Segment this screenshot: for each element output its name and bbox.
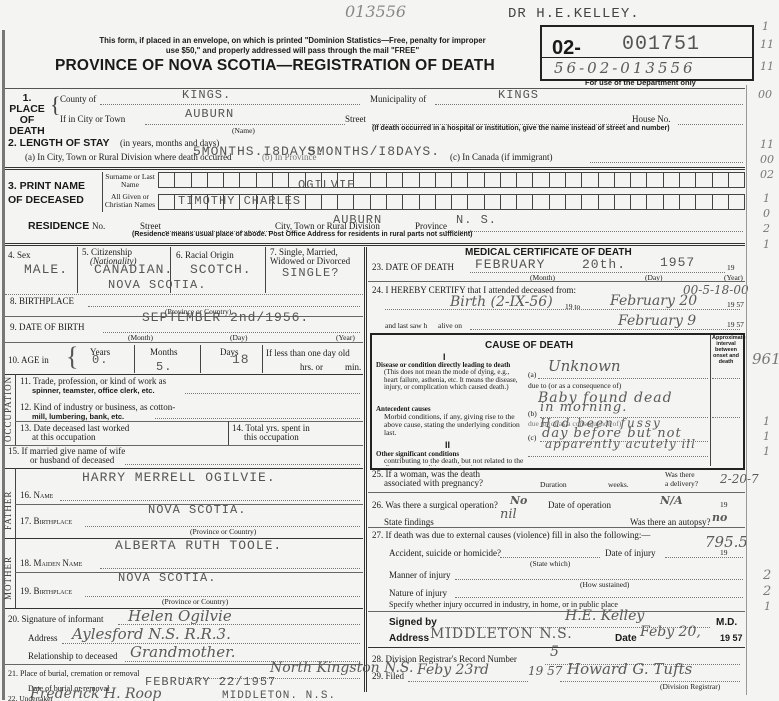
father-birthplace-value: NOVA SCOTIA. <box>148 503 246 517</box>
margin-code: 1 <box>763 192 770 205</box>
length-of-stay-label: 2. LENGTH OF STAY <box>8 137 110 149</box>
house-no-label: House No. <box>632 114 671 124</box>
q14-label: 14. Total yrs. spent in this occupation <box>232 424 310 442</box>
residence-city-value: AUBURN <box>333 213 382 227</box>
municipality-label: Municipality of <box>370 94 426 104</box>
q26-label: 26. Was there a surgical operation? <box>372 500 498 510</box>
margin-code: 1 <box>763 445 770 458</box>
roman-two: II <box>445 440 450 450</box>
informant-relationship-value: Grandmother. <box>130 643 235 661</box>
signed-date-value: Feby 20, <box>640 624 701 640</box>
residence-no-label: No. <box>92 221 105 231</box>
date-of-death-label: 23. DATE OF DEATH <box>372 262 454 272</box>
date-of-death-year: 1957 <box>660 255 695 270</box>
father-birthplace-sub: (Province or Country) <box>190 527 256 536</box>
residence-province-label: Province <box>415 221 447 231</box>
surname-label: Surname or Last Name <box>104 173 156 189</box>
print-name-label: 3. PRINT NAME OF DECEASED <box>8 179 85 207</box>
attended-year: 19 57 <box>727 300 744 309</box>
registrar-record-value: 5 <box>550 644 559 660</box>
place-of-death-label: 1. PLACE OF DEATH <box>8 93 46 137</box>
doctor-stamp: DR H.E.KELLEY. <box>508 6 640 22</box>
stay-province-value: 5MONTHS/I8DAYS. <box>308 144 440 159</box>
autopsy-label: Was there an autopsy? <box>630 517 711 527</box>
hospital-note: (If death occurred in a hospital or inst… <box>372 125 670 132</box>
age-days-value: 18 <box>232 352 250 367</box>
margin-code: 00 <box>760 153 774 166</box>
margin-code: 02 <box>760 168 774 181</box>
mother-side-label: MOTHER <box>3 545 13 600</box>
q26-value: No <box>510 494 527 507</box>
father-birthplace-label: 17. Birthplace <box>20 516 72 526</box>
mother-maiden-name-label: 18. Maiden Name <box>20 558 82 568</box>
citizenship-value: CANADIAN. <box>94 262 173 277</box>
q12-label: 12. Kind of industry or business, as cot… <box>20 403 175 421</box>
age-less-day-label: If less than one day old <box>266 348 350 358</box>
attended-to-value: February 20 <box>610 293 697 309</box>
autopsy-value: no <box>712 511 727 524</box>
stay-canada-label: (c) In Canada (if immigrant) <box>450 152 552 162</box>
last-saw-value: February 9 <box>618 313 696 329</box>
age-months-label: Months <box>150 347 178 357</box>
birthplace-value: NOVA SCOTIA. <box>108 278 206 292</box>
date-of-birth-label: 9. DATE OF BIRTH <box>10 322 84 332</box>
city-value: AUBURN <box>185 107 234 121</box>
operation-date-label: Date of operation <box>548 500 611 510</box>
md-label: M.D. <box>716 617 737 628</box>
handwritten-record-number: 56-02-013556 <box>554 59 696 77</box>
margin-code: 961 <box>752 350 779 368</box>
q27-label: 27. If death was due to external causes … <box>372 530 650 540</box>
cause-b-label: (b) <box>528 409 537 418</box>
margin-code: 1 <box>762 20 769 33</box>
date-of-death-19: 19 <box>727 263 735 272</box>
filed-label: 29. Filed <box>372 671 404 681</box>
injury-date-19: 19 <box>720 548 728 557</box>
residence-street-label: Street <box>140 221 161 231</box>
margin-code: 11 <box>760 138 774 151</box>
surname-value: OGILVIE <box>298 178 355 192</box>
cause-a-value: Unknown <box>548 357 621 375</box>
due-to-1-label: due to (or as a consequence of) <box>528 381 621 390</box>
birthplace-label: 8. BIRTHPLACE <box>10 296 74 306</box>
attended-to-label: 19 to <box>565 302 580 311</box>
manner-label: Manner of injury <box>389 570 450 580</box>
mail-notice-line1: This form, if placed in an envelope, on … <box>70 36 515 46</box>
department-caption: For use of the Department only <box>585 78 696 87</box>
informant-address-label: Address <box>28 633 58 643</box>
age-label: 10. AGE in <box>8 355 49 365</box>
cause-a-label: (a) <box>528 370 536 379</box>
q25-delivery-label: Was there a delivery? <box>665 470 698 488</box>
q15-label: 15. If married give name of wife or husb… <box>8 447 125 465</box>
department-box: 02- 001751 56-02-013556 <box>540 25 754 81</box>
signed-date-label: Date <box>615 633 637 644</box>
date-of-death-day: 20th. <box>582 257 626 272</box>
attended-from-value: Birth (2-IX-56) <box>450 294 553 310</box>
last-saw-label: and last saw h <box>385 321 427 330</box>
signer-address-value: MIDDLETON N.S. <box>430 626 573 642</box>
injury-date-label: Date of injury <box>605 548 655 558</box>
nature-label: Nature of injury <box>389 588 447 598</box>
given-names-value: TIMOTHY CHARLES <box>178 194 301 208</box>
father-side-label: FATHER <box>3 475 13 530</box>
q25-duration-label: Duration <box>540 480 567 489</box>
q25-margin-code: 2-20-7 <box>720 472 759 486</box>
column-divider <box>364 247 367 692</box>
findings-value: nil <box>500 507 517 522</box>
informant-relationship-label: Relationship to deceased <box>28 651 117 661</box>
sex-value: MALE. <box>24 262 68 277</box>
father-name-value: HARRY MERRELL OGILVIE. <box>82 470 276 485</box>
mother-birthplace-label: 19. Birthplace <box>20 586 72 596</box>
father-name-label: 16. Name <box>20 490 53 500</box>
marital-status-label: 7. Single, Married, Widowed or Divorced <box>270 248 362 266</box>
signed-date-year: 19 57 <box>720 633 743 643</box>
signer-address-label: Address <box>389 633 429 644</box>
city-label: If in City or Town <box>60 114 125 124</box>
interval-header: Approximate interval between onset and d… <box>712 335 740 365</box>
county-value: KINGS. <box>182 88 231 102</box>
margin-code: 2 <box>763 222 770 235</box>
margin-code: 2 <box>763 584 771 599</box>
mother-birthplace-sub: (Province or Country) <box>162 597 228 606</box>
margin-code: 2 <box>763 568 771 583</box>
age-months-value: 5. <box>156 360 172 374</box>
mother-maiden-name-value: ALBERTA RUTH TOOLE. <box>115 538 282 553</box>
manner-sub: (How sustained) <box>580 580 629 589</box>
cause-b-value: in morning. <box>540 400 627 415</box>
accident-label: Accident, suicide or homicide? <box>389 548 501 558</box>
dob-year-sub: (Year) <box>336 333 355 342</box>
top-handwritten-number: 013556 <box>345 2 406 21</box>
other-conditions-note: contributing to the death, but not relat… <box>384 457 524 466</box>
registration-number: 001751 <box>622 33 700 56</box>
county-label: County of <box>60 94 96 104</box>
date-of-birth-value: SEPTEMBER 2nd/1956. <box>142 310 309 325</box>
margin-code: 00 <box>758 88 772 101</box>
surname-input[interactable] <box>158 172 745 188</box>
antecedent-note: Morbid conditions, if any, giving rise t… <box>384 413 524 437</box>
q13-label: 13. Date deceased last worked at this oc… <box>20 424 129 442</box>
margin-code: 0 <box>763 207 770 220</box>
dob-day-sub: (Day) <box>230 333 248 342</box>
filed-year: 19 57 <box>528 664 562 678</box>
sex-label: 4. Sex <box>8 250 31 260</box>
residence-note: (Residence means usual place of abode. P… <box>132 231 473 238</box>
undertaker-address: MIDDLETON. N.S. <box>222 690 336 701</box>
mail-notice-line2: use $50," and properly addressed will pa… <box>70 46 515 56</box>
burial-place-label: 21. Place of burial, cremation or remova… <box>8 669 140 678</box>
informant-signature-label: 20. Signature of informant <box>8 614 103 624</box>
cause-c-value-2: apparently acutely ill <box>545 437 696 451</box>
q11-label: 11. Trade, profession, or kind of work a… <box>20 377 166 395</box>
margin-code: 1 <box>764 600 771 613</box>
municipality-value: KINGS <box>498 88 539 102</box>
cause-c-label: (c) <box>528 433 536 442</box>
operation-date-19: 19 <box>720 500 728 509</box>
margin-code: 1 <box>763 430 770 443</box>
division-registrar-sub: (Division Registrar) <box>660 682 720 691</box>
age-hrs-label: hrs. or <box>300 362 323 372</box>
occupation-side-label: OCCUPATION <box>3 378 13 442</box>
direct-cause-note: (This does not mean the mode of dying, e… <box>384 369 524 392</box>
division-registrar-signature: Howard G. Tufts <box>567 660 692 678</box>
undertaker-signature: Frederick H. Roop <box>30 686 161 701</box>
date-of-death-month: FEBRUARY <box>475 257 545 272</box>
last-saw-alive-on: alive on <box>438 321 462 330</box>
burial-date-value: FEBRUARY 22/1957 <box>145 675 276 689</box>
findings-label: State findings <box>384 517 434 527</box>
cause-of-death-title: CAUSE OF DEATH <box>485 340 573 351</box>
residence-label: RESIDENCE <box>28 220 89 232</box>
filed-date-value: Feby 23rd <box>417 662 489 678</box>
informant-signature: Helen Ogilvie <box>128 607 232 625</box>
q25-weeks-label: weeks. <box>608 480 629 489</box>
dob-month-sub: (Month) <box>128 333 153 342</box>
page-title: PROVINCE OF NOVA SCOTIA—REGISTRATION OF … <box>55 57 495 75</box>
mother-birthplace-value: NOVA SCOTIA. <box>118 571 216 585</box>
margin-code: 1 <box>763 415 770 428</box>
age-min-label: min. <box>345 362 361 372</box>
right-border <box>746 85 747 695</box>
city-sub: (Name) <box>232 126 255 135</box>
informant-address-value: Aylesford N.S. R.R.3. <box>72 625 231 643</box>
given-names-label: All Given or Christian Names <box>104 193 156 209</box>
residence-province-value: N. S. <box>456 213 497 227</box>
marital-status-value: SINGLE? <box>282 266 339 280</box>
street-label: Street <box>345 114 366 124</box>
margin-code: 11 <box>760 38 774 51</box>
last-saw-year: 19 57 <box>727 320 744 329</box>
signed-by-value: H.E. Kelley <box>565 608 644 624</box>
margin-code: 1 <box>763 238 770 251</box>
margin-code: 11 <box>760 60 774 73</box>
racial-origin-value: SCOTCH. <box>190 262 252 277</box>
mail-notice: This form, if placed in an envelope, on … <box>70 36 515 56</box>
age-years-value: 0. <box>92 353 108 367</box>
accident-sub: (State which) <box>530 559 570 568</box>
operation-date-value: N/A <box>660 494 683 507</box>
q25-label: 25. If a woman, was the death associated… <box>372 470 483 488</box>
racial-origin-label: 6. Racial Origin <box>176 250 234 260</box>
brace: { <box>50 92 61 118</box>
